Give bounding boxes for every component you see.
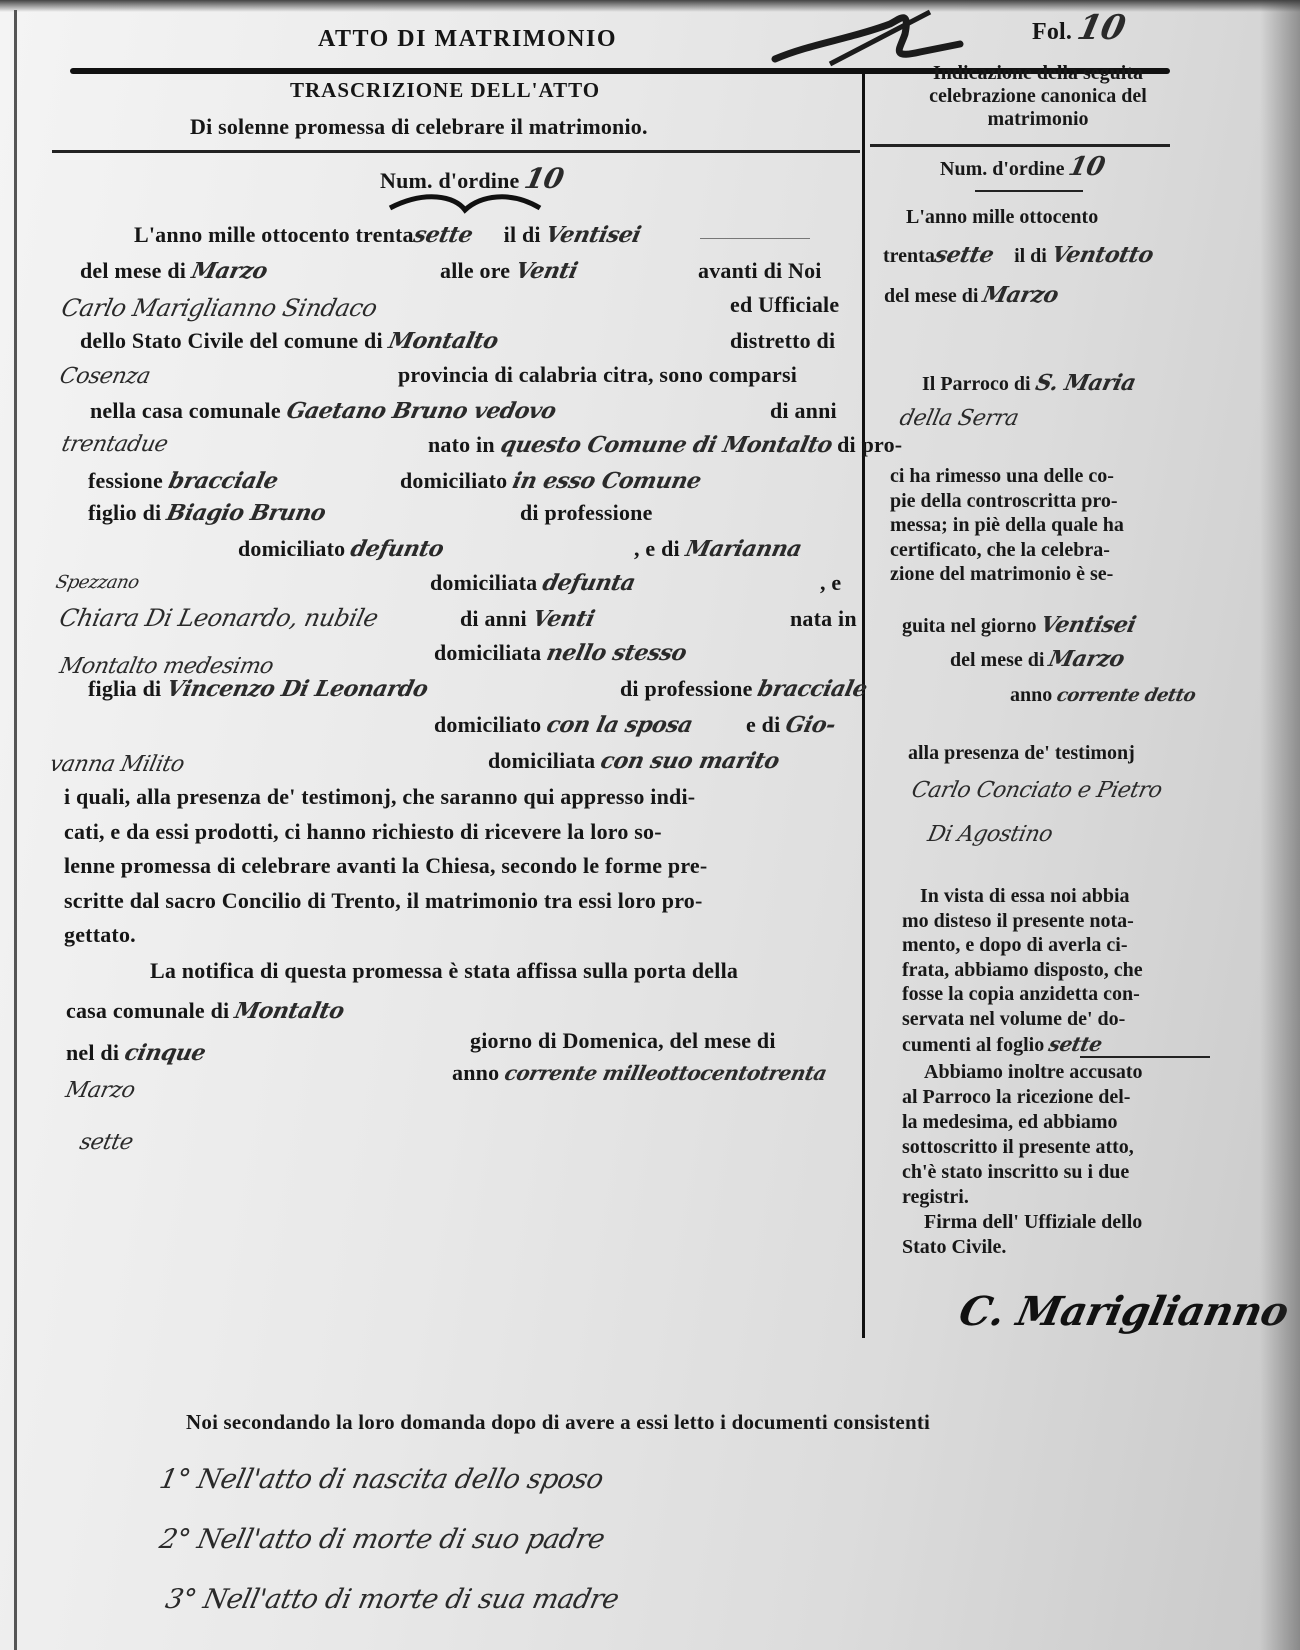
- handwritten-district: Cosenza: [57, 364, 152, 389]
- record-line-bride: Chiara Di Leonardo, nubile: [60, 604, 378, 632]
- record-line-birthplace: nato in questo Comune di Montalto di pro…: [428, 432, 902, 458]
- sidebar-line: mo disteso il presente nota-: [902, 909, 1143, 934]
- printed-text: anno: [1010, 684, 1052, 706]
- printed-text: domiciliato: [238, 536, 345, 561]
- record-line-mother: , e di Marianna: [634, 536, 801, 562]
- printed-text: figlio di: [88, 500, 161, 525]
- handwritten-bride-father-domicile: con la sposa: [544, 712, 695, 738]
- handwritten-year-suffix: sette: [77, 1130, 135, 1155]
- handwritten-witnesses: Carlo Conciato e Pietro: [909, 778, 1164, 803]
- sidebar-year-line: L'anno mille ottocento: [906, 206, 1098, 229]
- notice-comune-line: casa comunale di Montalto: [66, 998, 344, 1024]
- printed-text: nella casa comunale: [90, 398, 281, 423]
- printed-text: e di: [746, 712, 780, 737]
- printed-text: domiciliata: [488, 748, 595, 773]
- notice-line: La notifica di questa promessa è stata a…: [150, 958, 738, 984]
- bleed-through-text: [290, 1160, 295, 1181]
- handwritten-father-name: Biagio Bruno: [164, 500, 328, 526]
- handwritten-bride-name: Chiara Di Leonardo, nubile: [57, 604, 380, 632]
- sidebar-line: al Parroco la ricezione del-: [902, 1085, 1143, 1110]
- sidebar-parroco-line-2: della Serra: [900, 406, 1018, 431]
- sidebar-title-line: celebrazione canonica del: [888, 85, 1188, 108]
- printed-text: alle ore: [440, 258, 510, 283]
- signature-label: Stato Civile.: [902, 1235, 1143, 1260]
- printed-text: , e: [820, 570, 841, 596]
- handwritten-groom-name: Gaetano Bruno vedovo: [284, 398, 558, 424]
- printed-text: domiciliato: [400, 468, 507, 493]
- printed-text: di professione: [520, 500, 653, 526]
- printed-text: domiciliato: [434, 712, 541, 737]
- sidebar-paragraph-2: In vista di essa noi abbia mo disteso il…: [902, 884, 1143, 1057]
- folio-label-text: Fol.: [1032, 19, 1072, 45]
- handwritten-bride-father: Vincenzo Di Leonardo: [164, 676, 430, 702]
- record-line-groom: nella casa comunale Gaetano Bruno vedovo: [90, 398, 555, 424]
- notice-year-line: anno corrente milleottocentotrenta: [452, 1060, 826, 1086]
- printed-text: di anni: [460, 606, 527, 631]
- paragraph-line: cati, e da essi prodotti, ci hanno richi…: [64, 815, 707, 850]
- sidebar-title-line: matrimonio: [888, 108, 1188, 131]
- sidebar-line: servata nel volume de' do-: [902, 1007, 1143, 1032]
- sidebar-order-number: 10: [1066, 152, 1108, 182]
- record-line-province: Cosenza: [60, 364, 150, 389]
- printed-text: guita nel giorno: [902, 615, 1036, 637]
- printed-text: ed Ufficiale: [730, 292, 839, 318]
- printed-text: il di: [504, 222, 541, 247]
- handwritten-year: sette: [411, 222, 475, 248]
- record-line-bride-domicile: domiciliata nello stesso: [434, 640, 686, 666]
- printed-text: anno: [452, 1060, 499, 1085]
- sidebar-witness-line-1: Carlo Conciato e Pietro: [912, 778, 1162, 803]
- sidebar-paragraph-1: ci ha rimesso una delle co- pie della co…: [890, 464, 1124, 587]
- sidebar-line: In vista di essa noi abbia: [902, 884, 1143, 909]
- handwritten-bride-father-profession: bracciale: [756, 676, 870, 702]
- sidebar-parroco-line: Il Parroco di S. Maria: [922, 370, 1135, 396]
- handwritten-year: corrente milleottocentotrenta: [502, 1061, 828, 1085]
- printed-text: cumenti al foglio: [902, 1034, 1044, 1056]
- sidebar-line: pie della controscritta pro-: [890, 489, 1124, 514]
- document-item-3: 3° Nell'atto di morte di sua madre: [166, 1584, 618, 1615]
- printed-text: Il Parroco di: [922, 373, 1031, 395]
- record-line-groom-age: trentadue: [62, 432, 167, 457]
- folio-number: 10: [1074, 8, 1129, 48]
- sidebar-line: ch'è stato inscritto su i due: [902, 1160, 1143, 1185]
- handwritten-document-entry: 2° Nell'atto di morte di suo padre: [157, 1524, 608, 1555]
- document-item-1: 1° Nell'atto di nascita dello sposo: [160, 1464, 603, 1495]
- record-line-profession: fessione bracciale: [88, 468, 277, 494]
- handwritten-parish: S. Maria: [1033, 370, 1138, 396]
- subtitle-rule: [52, 150, 860, 153]
- notice-year-suffix: sette: [80, 1130, 133, 1155]
- sidebar-line: zione del matrimonio è se-: [890, 562, 1124, 587]
- fill-line: [700, 238, 810, 239]
- signature-label: Firma dell' Uffiziale dello: [902, 1210, 1143, 1235]
- handwritten-mother-status: defunta: [540, 570, 637, 596]
- paragraph-line: scritte dal sacro Concilio di Trento, il…: [64, 884, 707, 919]
- handwritten-day: Ventisei: [544, 222, 644, 248]
- handwritten-month: Marzo: [1047, 646, 1127, 672]
- section-title: TRASCRIZIONE DELL'ATTO: [290, 78, 600, 103]
- handwritten-month: Marzo: [63, 1078, 137, 1103]
- sidebar-anno-line: anno corrente detto: [1010, 684, 1195, 707]
- record-line-father-domicile: domiciliato defunto: [238, 536, 443, 562]
- handwritten-bride-mother-name: vanna Milito: [47, 752, 186, 777]
- sidebar-foglio-line: cumenti al foglio sette: [902, 1032, 1143, 1058]
- printed-text: nata in: [790, 606, 857, 632]
- sidebar-witness-line-2: Di Agostino: [928, 822, 1052, 847]
- record-line-comune: dello Stato Civile del comune di Montalt…: [80, 328, 497, 354]
- printed-text: distretto di: [730, 328, 835, 354]
- paragraph-request: i quali, alla presenza de' testimonj, ch…: [64, 780, 707, 953]
- handwritten-official-name: Carlo Mariglianno Sindaco: [59, 294, 380, 322]
- printed-text: trenta: [883, 245, 935, 267]
- paragraph-line: gettato.: [64, 918, 707, 953]
- printed-text: domiciliata: [430, 570, 537, 595]
- handwritten-month: Marzo: [189, 258, 269, 284]
- handwritten-parish-2: della Serra: [897, 406, 1020, 431]
- handwritten-bride-age: Venti: [530, 606, 597, 632]
- record-line-bride-mother: e di Gio-: [746, 712, 835, 738]
- document-item-2: 2° Nell'atto di morte di suo padre: [160, 1524, 604, 1555]
- document-page: ATTO DI MATRIMONIO Fol. 10 TRASCRIZIONE …: [0, 0, 1300, 1650]
- handwritten-folio: sette: [1047, 1032, 1105, 1057]
- record-line-year: L'anno mille ottocento trentasette il di…: [134, 222, 641, 248]
- printed-text: casa comunale di: [66, 998, 229, 1023]
- sidebar-line: registri.: [902, 1185, 1143, 1210]
- record-line-official: Carlo Mariglianno Sindaco: [62, 294, 377, 322]
- printed-text: L'anno mille ottocento trenta: [134, 222, 414, 247]
- printed-text: domiciliata: [434, 640, 541, 665]
- sidebar-giorno-line: guita nel giorno Ventisei: [902, 612, 1136, 638]
- handwritten-mother-name: Marianna: [683, 536, 804, 562]
- handwritten-hour: Venti: [513, 258, 580, 284]
- fill-line: [1080, 1056, 1210, 1058]
- printed-text: di anni: [770, 398, 837, 424]
- printed-text: di pro-: [837, 432, 902, 457]
- handwritten-day: Ventotto: [1049, 242, 1155, 268]
- record-line-mother-surname: Spezzano: [56, 572, 139, 593]
- record-line-bride-mother-name: vanna Milito: [50, 752, 184, 777]
- printed-text: dello Stato Civile del comune di: [80, 328, 383, 353]
- sidebar-witness-label: alla presenza de' testimonj: [908, 742, 1135, 765]
- handwritten-comune: Montalto: [386, 328, 500, 354]
- notice-month: Marzo: [66, 1078, 135, 1103]
- handwritten-profession: bracciale: [166, 468, 280, 494]
- sidebar-mese-line: del mese di Marzo: [950, 646, 1124, 672]
- sidebar-month-line: del mese di Marzo: [884, 282, 1058, 308]
- notice-day-line: nel di cinque: [66, 1040, 205, 1066]
- column-divider: [862, 68, 865, 1338]
- printed-text: fessione: [88, 468, 163, 493]
- handwritten-comune: Montalto: [232, 998, 346, 1024]
- paragraph-line: i quali, alla presenza de' testimonj, ch…: [64, 780, 707, 815]
- sidebar-title-rule: [870, 144, 1170, 147]
- printed-text: nato in: [428, 432, 495, 457]
- handwritten-month: Marzo: [981, 282, 1061, 308]
- sidebar-day-line: trentasette il di Ventotto: [883, 242, 1153, 268]
- record-line-hour: alle ore Venti: [440, 258, 577, 284]
- record-line-bride-age: di anni Venti: [460, 606, 594, 632]
- handwritten-day: cinque: [122, 1040, 208, 1066]
- record-line-bride-mother-domicile: domiciliata con suo marito: [488, 748, 779, 774]
- handwritten-bride-mother-domicile: con suo marito: [598, 748, 781, 774]
- record-line-mother-domicile: domiciliata defunta: [430, 570, 635, 596]
- handwritten-year: sette: [932, 242, 996, 268]
- printed-text: , e di: [634, 536, 680, 561]
- sidebar-paragraph-3: Abbiamo inoltre accusato al Parroco la r…: [902, 1060, 1143, 1260]
- handwritten-document-entry: 3° Nell'atto di morte di sua madre: [163, 1584, 622, 1615]
- record-line-bride-father: figlia di Vincenzo Di Leonardo: [88, 676, 427, 702]
- sidebar-title-line: Indicazione della seguita: [888, 62, 1188, 85]
- section-subtitle: Di solenne promessa di celebrare il matr…: [190, 114, 648, 140]
- printed-text: di professione: [620, 676, 753, 701]
- sidebar-title: Indicazione della seguita celebrazione c…: [888, 62, 1188, 131]
- sidebar-order-line: Num. d'ordine 10: [940, 152, 1105, 182]
- printed-text: figlia di: [88, 676, 161, 701]
- sidebar-line: sottoscritto il presente atto,: [902, 1135, 1143, 1160]
- handwritten-domicile: in esso Comune: [510, 468, 703, 494]
- ornament-icon: [385, 190, 545, 220]
- sidebar-order-label: Num. d'ordine: [940, 158, 1064, 180]
- printed-text: nel di: [66, 1040, 119, 1065]
- sidebar-order-rule: [975, 190, 1083, 192]
- printed-text: provincia di calabria citra, sono compar…: [398, 362, 797, 388]
- handwritten-birthplace: questo Comune di Montalto: [498, 432, 834, 458]
- signature-text: C. Mariglianno: [955, 1288, 1293, 1335]
- sidebar-line: frata, abbiamo disposto, che: [902, 958, 1143, 983]
- printed-text: del mese di: [80, 258, 186, 283]
- sidebar-line: la medesima, ed abbiamo: [902, 1110, 1143, 1135]
- record-line-bride-father-profession: di professione bracciale: [620, 676, 867, 702]
- sidebar-line: mento, e dopo di averla ci-: [902, 933, 1143, 958]
- record-line-domicile: domiciliato in esso Comune: [400, 468, 701, 494]
- printed-text: del mese di: [950, 649, 1044, 671]
- handwritten-father-status: defunto: [348, 536, 446, 562]
- record-line-bride-father-domicile: domiciliato con la sposa: [434, 712, 692, 738]
- document-title: ATTO DI MATRIMONIO: [318, 26, 617, 53]
- handwritten-mother-surname: Spezzano: [54, 572, 141, 593]
- printed-text: avanti di Noi: [698, 258, 822, 284]
- handwritten-bride-domicile: nello stesso: [544, 640, 689, 666]
- handwritten-bride-mother-first: Gio-: [783, 712, 837, 738]
- folio-label: Fol. 10: [1032, 8, 1125, 48]
- sidebar-line: messa; in piè della quale ha: [890, 513, 1124, 538]
- sidebar-line: fosse la copia anzidetta con-: [902, 982, 1143, 1007]
- handwritten-year: corrente detto: [1055, 685, 1198, 706]
- record-line-groom-father: figlio di Biagio Bruno: [88, 500, 325, 526]
- handwritten-witnesses: Di Agostino: [925, 822, 1054, 847]
- official-signature: C. Mariglianno: [960, 1288, 1288, 1335]
- printed-text: il di: [1014, 245, 1047, 267]
- documents-intro: Noi secondando la loro domanda dopo di a…: [186, 1410, 930, 1435]
- printed-text: giorno di Domenica, del mese di: [470, 1028, 776, 1054]
- sidebar-line: Abbiamo inoltre accusato: [902, 1060, 1143, 1085]
- paragraph-line: lenne promessa di celebrare avanti la Ch…: [64, 849, 707, 884]
- printed-text: del mese di: [884, 285, 978, 307]
- handwritten-groom-age: trentadue: [59, 432, 170, 457]
- handwritten-day: Ventisei: [1039, 612, 1139, 638]
- record-line-month: del mese di Marzo: [80, 258, 267, 284]
- left-margin-rule: [14, 10, 17, 1650]
- sidebar-line: ci ha rimesso una delle co-: [890, 464, 1124, 489]
- handwritten-document-entry: 1° Nell'atto di nascita dello sposo: [157, 1464, 606, 1495]
- sidebar-line: certificato, che la celebra-: [890, 538, 1124, 563]
